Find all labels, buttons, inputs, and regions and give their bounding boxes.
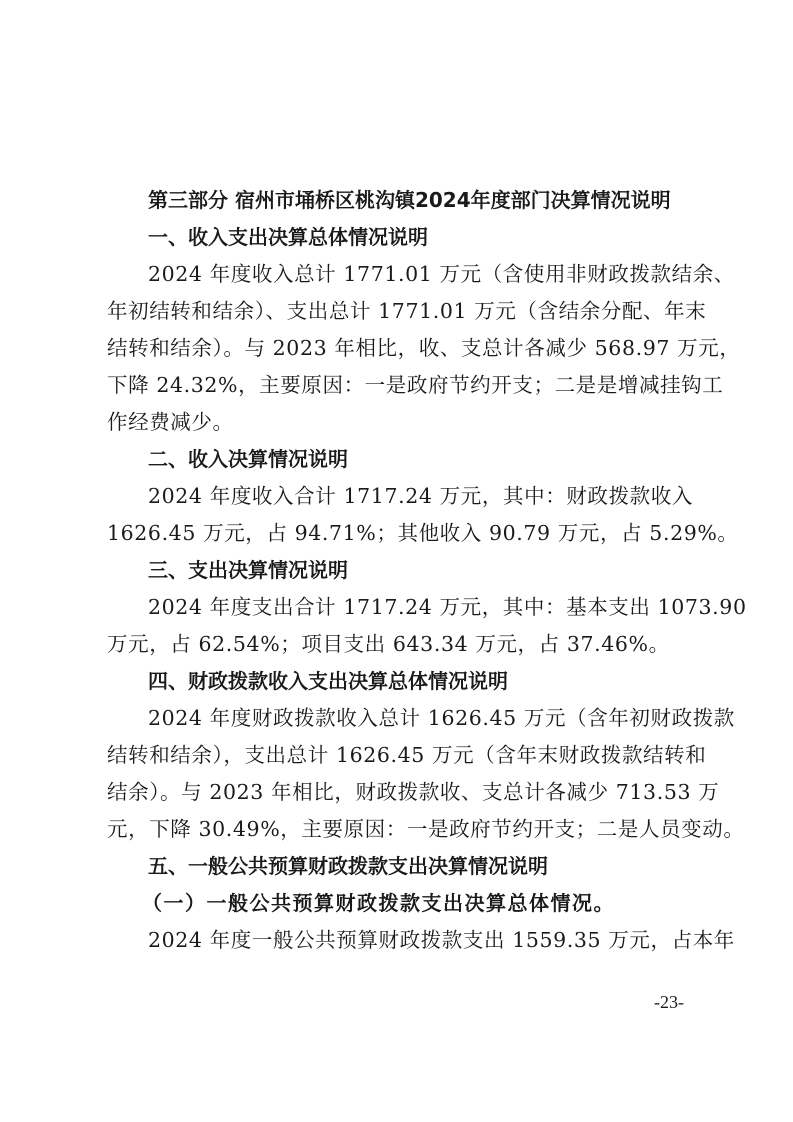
paragraph-line: 2024 年度收入合计 1717.24 万元，其中：财政拨款收入 bbox=[107, 478, 693, 515]
paragraph-line: 1626.45 万元，占 94.71%；其他收入 90.79 万元，占 5.29… bbox=[107, 515, 693, 552]
paragraph-line: 2024 年度收入总计 1771.01 万元（含使用非财政拨款结余、 bbox=[107, 256, 693, 293]
page-number: -23- bbox=[654, 992, 684, 1013]
paragraph-line: 2024 年度支出合计 1717.24 万元，其中：基本支出 1073.90 bbox=[107, 589, 693, 626]
section-heading-income-expenditure-overview: 一、收入支出决算总体情况说明 bbox=[107, 219, 693, 256]
paragraph-line: 2024 年度一般公共预算财政拨款支出 1559.35 万元，占本年 bbox=[107, 922, 693, 959]
paragraph-line: 结转和结余）。与 2023 年相比，收、支总计各减少 568.97 万元， bbox=[107, 330, 693, 367]
document-title: 第三部分 宿州市埇桥区桃沟镇2024年度部门决算情况说明 bbox=[107, 182, 693, 219]
paragraph-line: 元，下降 30.49%，主要原因：一是政府节约开支；二是人员变动。 bbox=[107, 811, 693, 848]
paragraph-line: 2024 年度财政拨款收入总计 1626.45 万元（含年初财政拨款 bbox=[107, 700, 693, 737]
section-heading-fiscal-appropriation: 四、财政拨款收入支出决算总体情况说明 bbox=[107, 663, 693, 700]
paragraph-line: 下降 24.32%，主要原因：一是政府节约开支；二是是增减挂钩工 bbox=[107, 367, 693, 404]
document-page: 第三部分 宿州市埇桥区桃沟镇2024年度部门决算情况说明 一、收入支出决算总体情… bbox=[107, 182, 693, 959]
paragraph-line: 万元，占 62.54%；项目支出 643.34 万元，占 37.46%。 bbox=[107, 626, 693, 663]
paragraph-line: 作经费减少。 bbox=[107, 404, 693, 441]
section-heading-expenditure: 三、支出决算情况说明 bbox=[107, 552, 693, 589]
paragraph-line: 年初结转和结余）、支出总计 1771.01 万元（含结余分配、年末 bbox=[107, 293, 693, 330]
paragraph-line: 结转和结余），支出总计 1626.45 万元（含年末财政拨款结转和 bbox=[107, 737, 693, 774]
paragraph-line: 结余）。与 2023 年相比，财政拨款收、支总计各减少 713.53 万 bbox=[107, 774, 693, 811]
subsection-heading: （一）一般公共预算财政拨款支出决算总体情况。 bbox=[107, 885, 693, 922]
section-heading-income: 二、收入决算情况说明 bbox=[107, 441, 693, 478]
section-heading-general-public-budget: 五、一般公共预算财政拨款支出决算情况说明 bbox=[107, 848, 693, 885]
